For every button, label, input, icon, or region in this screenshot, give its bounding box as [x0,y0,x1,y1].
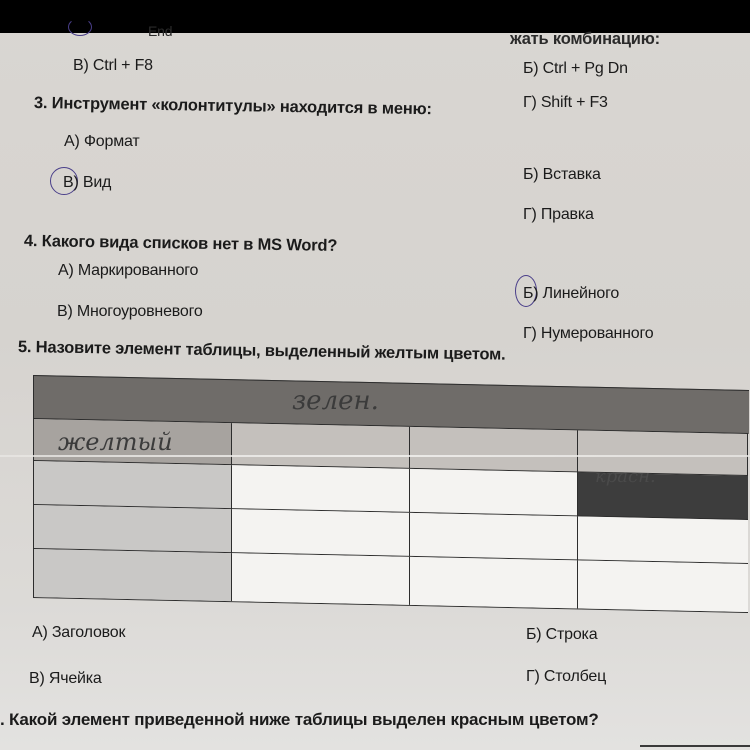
photo-black-border [0,0,750,33]
q2-option-v: В) Ctrl + F8 [73,57,153,75]
q5-option-b: Б) Строка [526,626,597,644]
handwritten-yellow-label: желтый [58,428,173,456]
q3-option-v: В) Вид [63,174,111,192]
q4-option-g: Г) Нумерованного [523,325,653,343]
handwritten-red-label: красн. [595,466,656,487]
table-cell [577,560,748,612]
q3-option-g: Г) Правка [523,206,594,224]
table-cell [409,557,577,609]
handwritten-header-label: зелен. [292,386,379,416]
table-cell [409,427,577,473]
partial-question-text: жать комбинацию: [510,30,660,48]
q5-option-g: Г) Столбец [526,668,606,686]
table-cell-column-highlight [33,461,231,509]
table-cell [231,509,409,557]
q3-option-b: Б) Вставка [523,166,601,184]
q3-title: 3. Инструмент «колонтитулы» находится в … [34,94,432,118]
table-cell [231,553,409,605]
q5-option-v: В) Ячейка [29,670,102,688]
q4-title: 4. Какого вида списков нет в MS Word? [24,232,337,255]
table-cell [231,423,409,469]
partial-text-end: End [148,22,172,40]
sample-table [33,375,748,620]
q5-title: 5. Назовите элемент таблицы, выделенный … [18,338,506,364]
q4-option-a: А) Маркированного [58,262,198,280]
q2-option-g: Г) Shift + F3 [523,94,608,112]
q5-option-a: А) Заголовок [32,624,125,642]
q2-option-b: Б) Ctrl + Pg Dn [523,60,628,78]
table-cell [409,469,577,517]
q3-option-a: А) Формат [64,133,139,151]
table-cell-column-highlight [33,505,231,553]
table-cell [231,465,409,513]
table-cell [409,513,577,561]
table-cell-column-highlight [33,549,231,601]
pen-circle-partial [68,18,92,36]
q4-option-b: Б) Линейного [523,285,619,303]
q4-option-v: В) Многоуровневого [57,303,203,321]
table-top-edge [640,745,750,747]
table-cell [577,516,748,564]
q6-title: . Какой элемент приведенной ниже таблицы… [0,711,599,729]
